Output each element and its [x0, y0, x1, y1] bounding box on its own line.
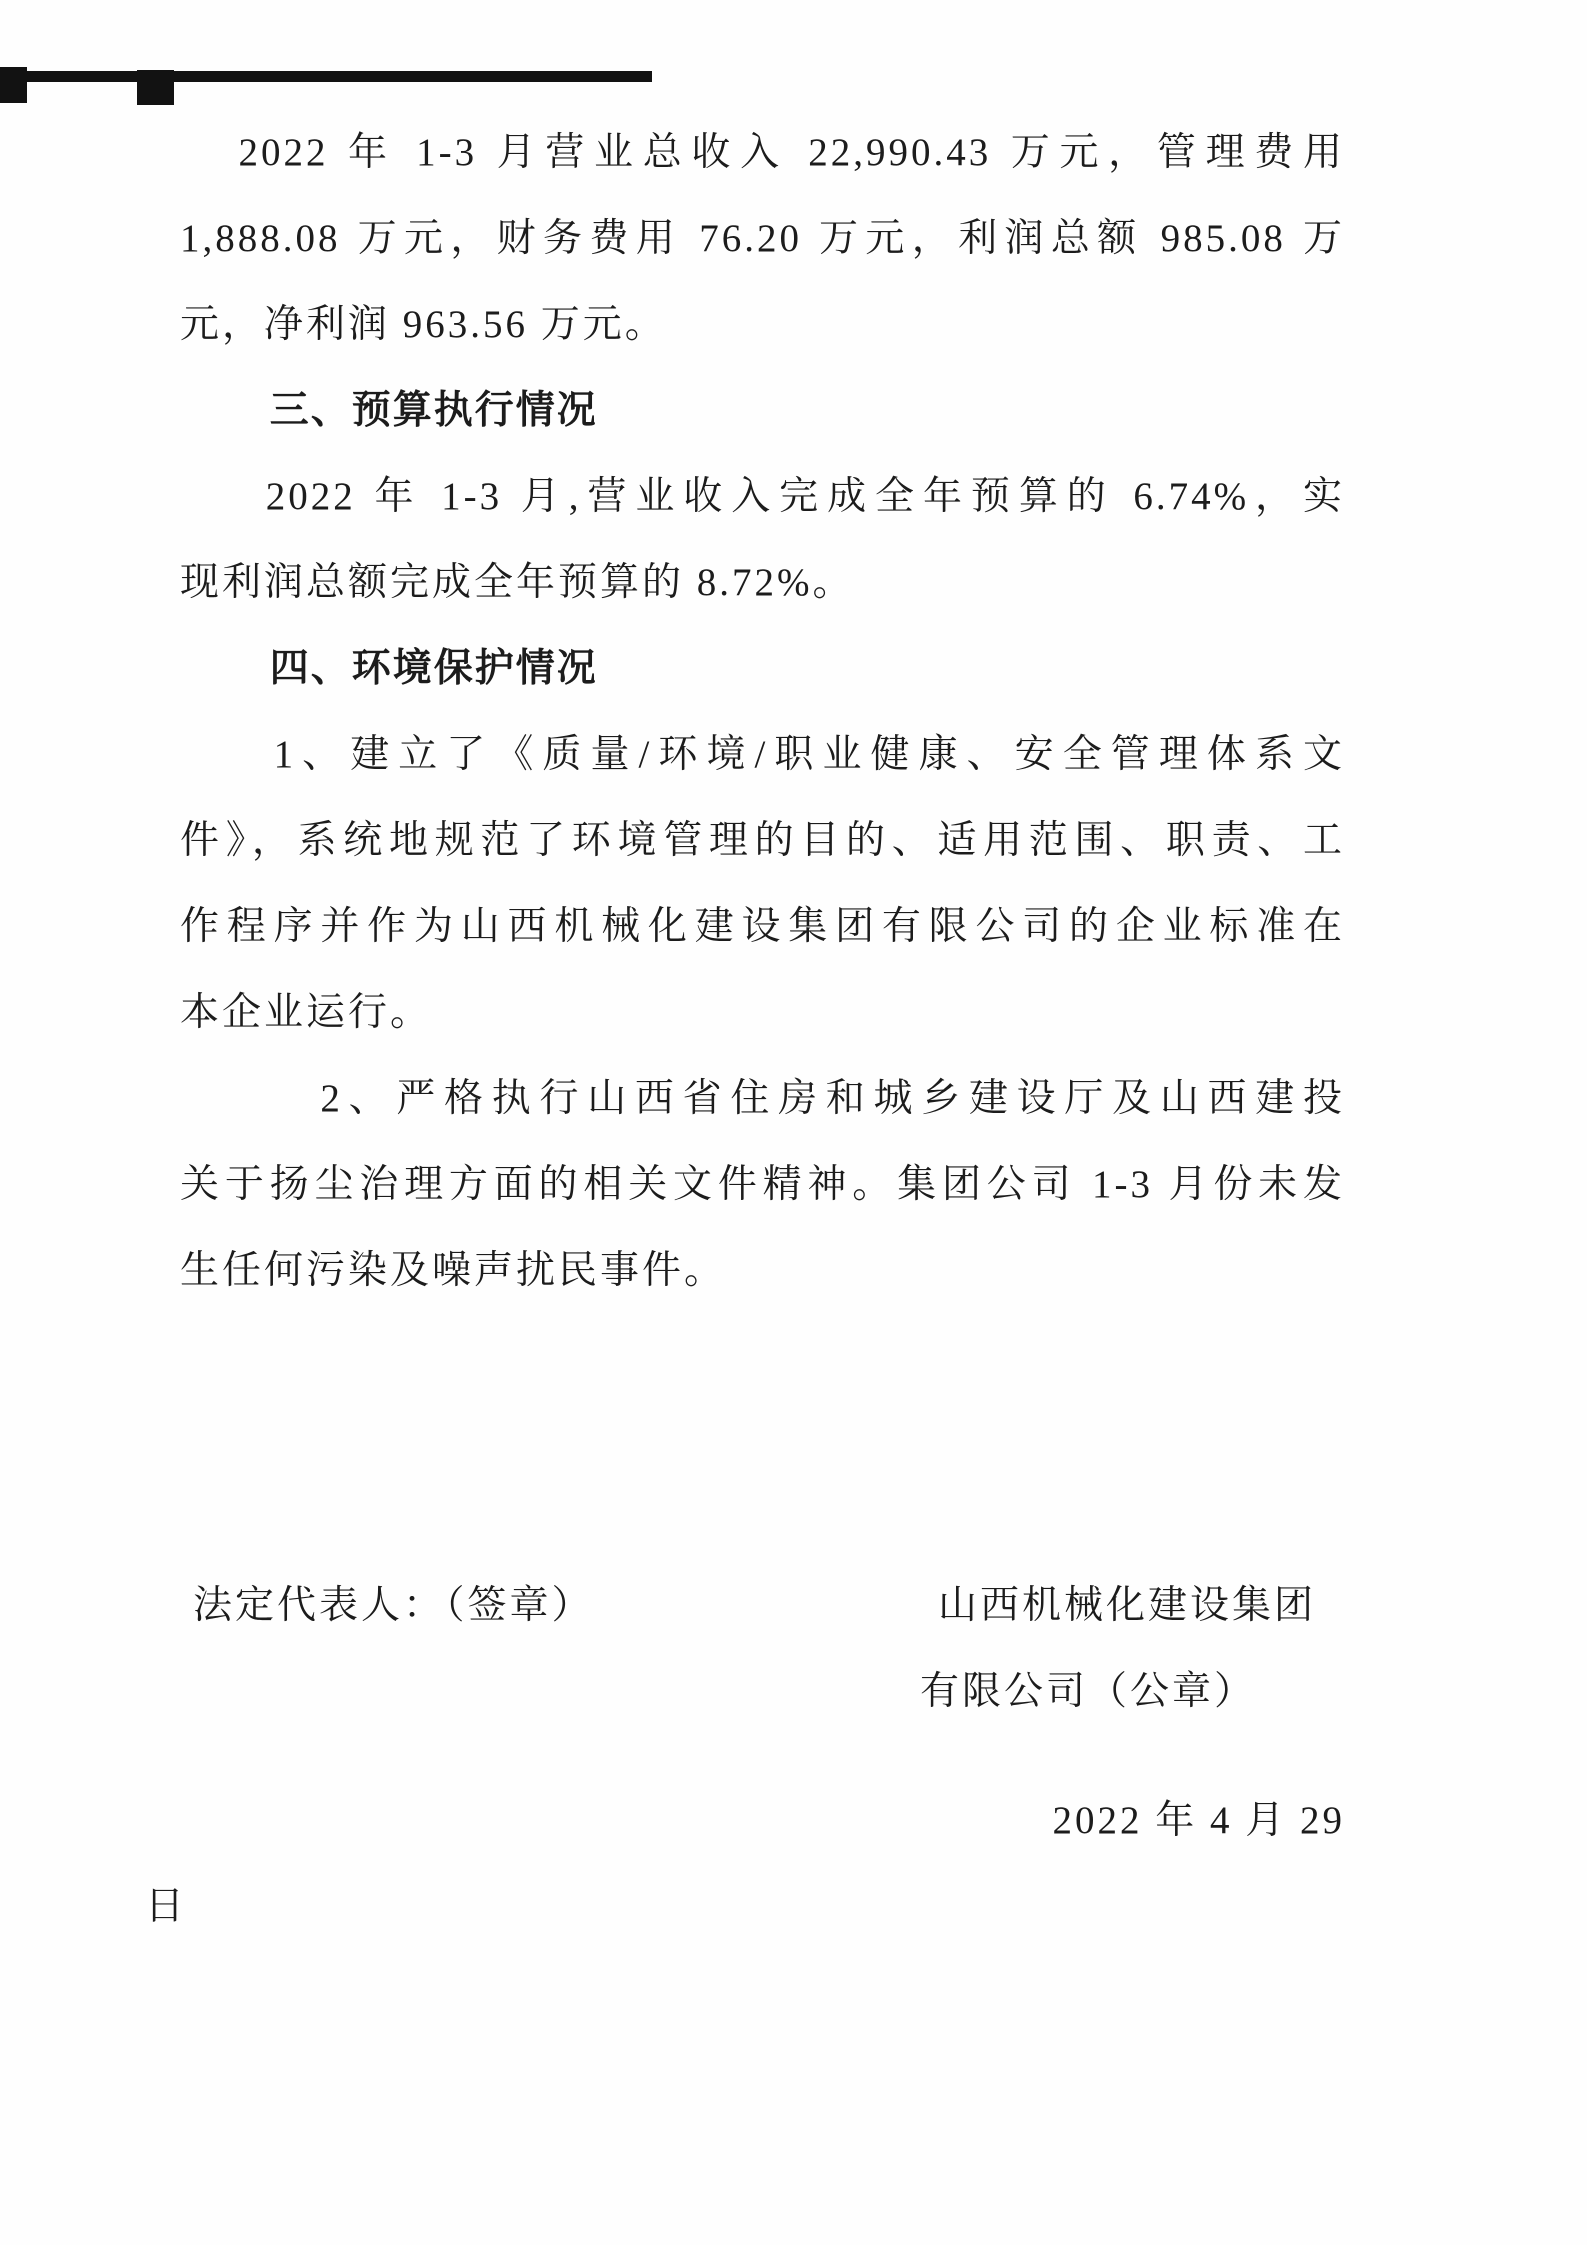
text-line: 现利润总额完成全年预算的 8.72%。	[180, 540, 1345, 626]
text-line: 作程序并作为山西机械化建设集团有限公司的企业标准在	[180, 884, 1345, 970]
legal-representative-label: 法定代表人：（签章）	[193, 1563, 594, 1649]
document-body: 2022 年 1-3 月营业总收入 22,990.43 万元，管理费用1,888…	[180, 110, 1345, 1314]
signature-row: 有限公司（公章）	[180, 1649, 1345, 1735]
text-line: 本企业运行。	[180, 970, 1345, 1056]
scan-artifact-edge	[0, 67, 27, 103]
text-line: 关于扬尘治理方面的相关文件精神。集团公司 1-3 月份未发	[180, 1142, 1345, 1228]
signature-row: 法定代表人：（签章） 山西机械化建设集团	[180, 1563, 1345, 1649]
text-line: 2、严格执行山西省住房和城乡建设厅及山西建投	[180, 1056, 1345, 1142]
report-date-wrapped-day: 日	[145, 1864, 187, 1950]
text-line: 1,888.08 万元，财务费用 76.20 万元，利润总额 985.08 万	[180, 196, 1345, 282]
section-heading: 四、环境保护情况	[180, 626, 1345, 712]
company-name-line1: 山西机械化建设集团	[938, 1563, 1316, 1649]
report-date: 2022 年 4 月 29	[180, 1778, 1345, 1864]
text-line: 1、建立了《质量/环境/职业健康、安全管理体系文	[180, 712, 1345, 798]
company-name-line2: 有限公司（公章）	[920, 1649, 1256, 1735]
text-line: 生任何污染及噪声扰民事件。	[180, 1228, 1345, 1314]
document-page: 2022 年 1-3 月营业总收入 22,990.43 万元，管理费用1,888…	[0, 0, 1587, 2245]
text-line: 件》，系统地规范了环境管理的目的、适用范围、职责、工	[180, 798, 1345, 884]
scan-artifact-blob	[137, 70, 174, 105]
scan-artifact-streak	[0, 71, 652, 82]
section-heading: 三、预算执行情况	[180, 368, 1345, 454]
text-line: 元，净利润 963.56 万元。	[180, 282, 1345, 368]
text-line: 2022 年 1-3 月营业总收入 22,990.43 万元，管理费用	[180, 110, 1345, 196]
text-line: 2022 年 1-3 月,营业收入完成全年预算的 6.74%，实	[180, 454, 1345, 540]
